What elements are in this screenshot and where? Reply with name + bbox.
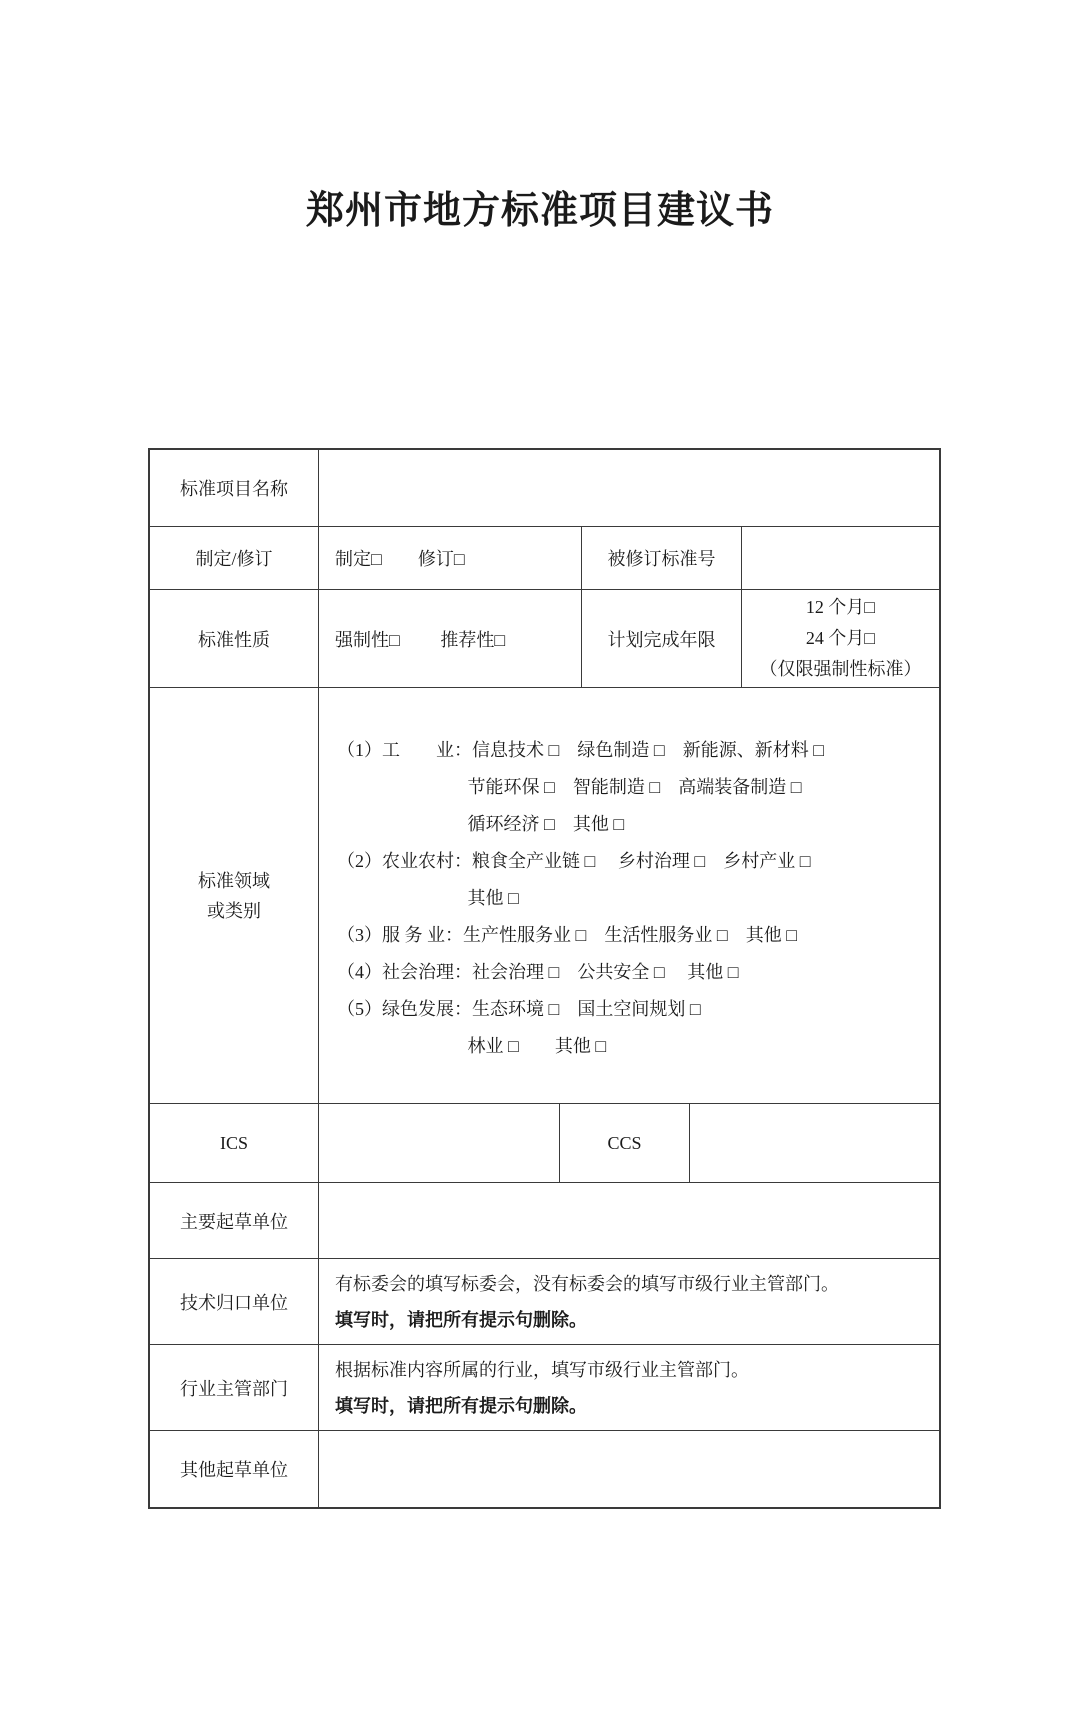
other-drafting-units-label: 其他起草单位 (150, 1431, 318, 1507)
domain-line-green: （5）绿色发展：生态环境 □ 国土空间规划 □ (337, 991, 824, 1028)
technical-unit-label: 技术归口单位 (150, 1259, 318, 1344)
industry-department-hint: 根据标准内容所属的行业，填写市级行业主管部门。 (335, 1358, 749, 1382)
domain-label-line2: 或类别 (207, 896, 261, 926)
completion-deadline-label: 计划完成年限 (581, 590, 741, 687)
domain-option-lines: （1）工 业：信息技术 □ 绿色制造 □ 新能源、新材料 □ 节能环保 □ 智能… (337, 732, 824, 1065)
completion-deadline-options: 12 个月□ 24 个月□ （仅限强制性标准） (741, 590, 939, 687)
revised-standard-number-label: 被修订标准号 (581, 527, 741, 589)
deadline-12-months-option: 12 个月□ (806, 592, 875, 623)
row-standard-nature: 标准性质 强制性□ 推荐性□ 计划完成年限 12 个月□ 24 个月□ （仅限强… (150, 589, 939, 687)
domain-line-industry-3: 循环经济 □ 其他 □ (337, 806, 824, 843)
technical-unit-field: 有标委会的填写标委会，没有标委会的填写市级行业主管部门。 填写时，请把所有提示句… (318, 1259, 939, 1344)
project-name-value-field (318, 450, 939, 526)
formulate-checkbox-options: 制定□ 修订□ (318, 527, 581, 589)
domain-line-industry: （1）工 业：信息技术 □ 绿色制造 □ 新能源、新材料 □ (337, 732, 824, 769)
technical-unit-bold-hint: 填写时，请把所有提示句删除。 (335, 1308, 587, 1332)
main-drafting-unit-field (318, 1183, 939, 1258)
deadline-24-months-option: 24 个月□ (806, 623, 875, 654)
ics-value-field (318, 1104, 559, 1182)
proposal-form-table: 标准项目名称 制定/修订 制定□ 修订□ 被修订标准号 标准性质 强制性□ 推荐… (148, 448, 941, 1509)
row-formulate-revise: 制定/修订 制定□ 修订□ 被修订标准号 (150, 526, 939, 589)
nature-label: 标准性质 (150, 590, 318, 687)
domain-line-industry-2: 节能环保 □ 智能制造 □ 高端装备制造 □ (337, 769, 824, 806)
ccs-value-field (689, 1104, 939, 1182)
page-title: 郑州市地方标准项目建议书 (0, 186, 1080, 236)
row-standard-domain: 标准领域 或类别 （1）工 业：信息技术 □ 绿色制造 □ 新能源、新材料 □ … (150, 687, 939, 1103)
domain-line-agriculture: （2）农业农村：粮食全产业链 □ 乡村治理 □ 乡村产业 □ (337, 843, 824, 880)
domain-label: 标准领域 或类别 (150, 688, 318, 1103)
main-drafting-unit-label: 主要起草单位 (150, 1183, 318, 1258)
row-ics-ccs: ICS CCS (150, 1103, 939, 1182)
nature-checkbox-options: 强制性□ 推荐性□ (318, 590, 581, 687)
ccs-label: CCS (559, 1104, 689, 1182)
project-name-label: 标准项目名称 (150, 450, 318, 526)
domain-line-green-2: 林业 □ 其他 □ (337, 1028, 824, 1065)
row-industry-department: 行业主管部门 根据标准内容所属的行业，填写市级行业主管部门。 填写时，请把所有提… (150, 1344, 939, 1430)
row-project-name: 标准项目名称 (150, 450, 939, 526)
industry-department-bold-hint: 填写时，请把所有提示句删除。 (335, 1394, 587, 1418)
technical-unit-hint: 有标委会的填写标委会，没有标委会的填写市级行业主管部门。 (335, 1272, 839, 1296)
domain-label-line1: 标准领域 (198, 866, 270, 896)
row-technical-unit: 技术归口单位 有标委会的填写标委会，没有标委会的填写市级行业主管部门。 填写时，… (150, 1258, 939, 1344)
domain-line-governance: （4）社会治理：社会治理 □ 公共安全 □ 其他 □ (337, 954, 824, 991)
domain-line-service: （3）服 务 业：生产性服务业 □ 生活性服务业 □ 其他 □ (337, 917, 824, 954)
domain-options-cell: （1）工 业：信息技术 □ 绿色制造 □ 新能源、新材料 □ 节能环保 □ 智能… (318, 688, 939, 1103)
deadline-note: （仅限强制性标准） (760, 654, 922, 685)
ics-label: ICS (150, 1104, 318, 1182)
industry-department-label: 行业主管部门 (150, 1345, 318, 1430)
formulate-label: 制定/修订 (150, 527, 318, 589)
row-main-drafting-unit: 主要起草单位 (150, 1182, 939, 1258)
industry-department-field: 根据标准内容所属的行业，填写市级行业主管部门。 填写时，请把所有提示句删除。 (318, 1345, 939, 1430)
row-other-drafting-units: 其他起草单位 (150, 1430, 939, 1507)
revised-standard-number-field (741, 527, 939, 589)
domain-line-agriculture-2: 其他 □ (337, 880, 824, 917)
other-drafting-units-field (318, 1431, 939, 1507)
